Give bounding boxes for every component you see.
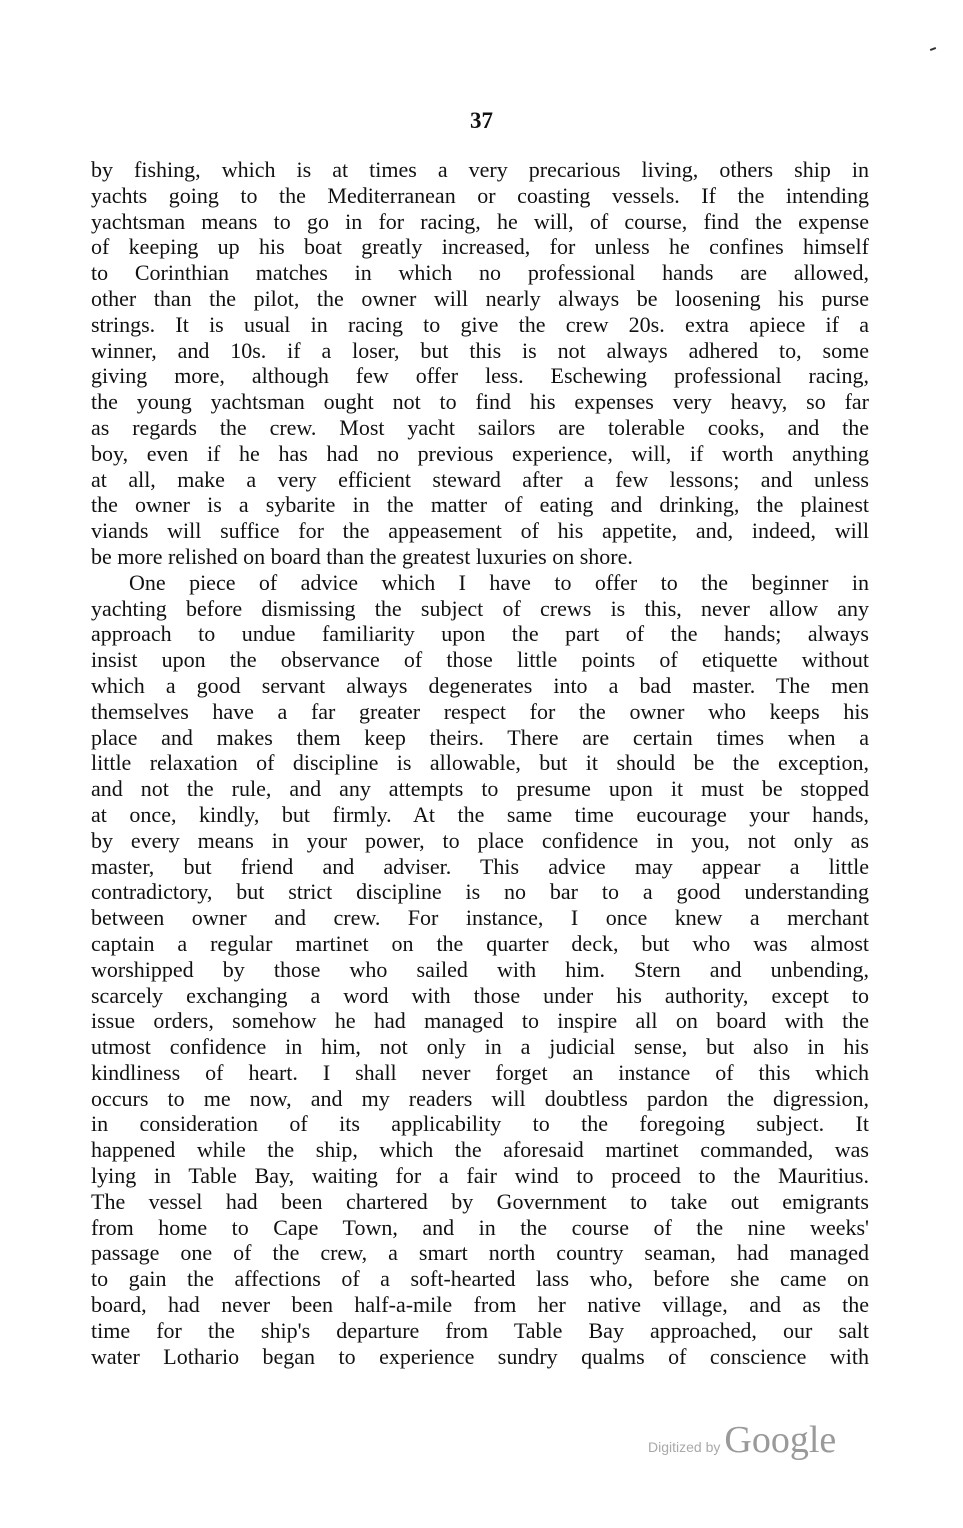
text-line: giving more, although few offer less. Es…: [91, 363, 869, 389]
text-line: occurs to me now, and my readers will do…: [91, 1086, 869, 1112]
text-line: contradictory, but strict discipline is …: [91, 879, 869, 905]
text-line: strings. It is usual in racing to give t…: [91, 312, 869, 338]
digitized-watermark: Digitized by Google: [648, 1418, 836, 1462]
text-line: little relaxation of discipline is allow…: [91, 750, 869, 776]
text-line: master, but friend and adviser. This adv…: [91, 854, 869, 880]
text-line: place and makes them keep theirs. There …: [91, 725, 869, 751]
text-line: kindliness of heart. I shall never forge…: [91, 1060, 869, 1086]
text-line: One piece of advice which I have to offe…: [91, 570, 869, 596]
text-line: in consideration of its applicability to…: [91, 1111, 869, 1137]
text-line: the owner is a sybarite in the matter of…: [91, 492, 869, 518]
text-line: to Corinthian matches in which no profes…: [91, 260, 869, 286]
text-line: water Lothario began to experience sundr…: [91, 1344, 869, 1370]
text-line: approach to undue familiarity upon the p…: [91, 621, 869, 647]
text-line: passage one of the crew, a smart north c…: [91, 1240, 869, 1266]
text-line: issue orders, somehow he had managed to …: [91, 1008, 869, 1034]
text-line: at once, kindly, but firmly. At the same…: [91, 802, 869, 828]
text-line: yachting before dismissing the subject o…: [91, 596, 869, 622]
watermark-prefix: Digitized by: [648, 1439, 720, 1455]
text-line: of keeping up his boat greatly increased…: [91, 234, 869, 260]
text-line: winner, and 10s. if a loser, but this is…: [91, 338, 869, 364]
text-line: at all, make a very efficient steward af…: [91, 467, 869, 493]
text-line: The vessel had been chartered by Governm…: [91, 1189, 869, 1215]
scan-mark: [930, 47, 936, 51]
text-line: from home to Cape Town, and in the cours…: [91, 1215, 869, 1241]
text-line: yachts going to the Mediterranean or coa…: [91, 183, 869, 209]
text-line: utmost confidence in him, not only in a …: [91, 1034, 869, 1060]
text-line: and not the rule, and any attempts to pr…: [91, 776, 869, 802]
text-line: viands will suffice for the appeasement …: [91, 518, 869, 544]
text-line: as regards the crew. Most yacht sailors …: [91, 415, 869, 441]
text-line: happened while the ship, which the afore…: [91, 1137, 869, 1163]
text-line: be more relished on board than the great…: [91, 544, 869, 570]
body-text: by fishing, which is at times a very pre…: [91, 157, 869, 1369]
text-line: time for the ship's departure from Table…: [91, 1318, 869, 1344]
text-line: board, had never been half-a-mile from h…: [91, 1292, 869, 1318]
text-line: boy, even if he has had no previous expe…: [91, 441, 869, 467]
text-line: scarcely exchanging a word with those un…: [91, 983, 869, 1009]
text-line: themselves have a far greater respect fo…: [91, 699, 869, 725]
text-line: yachtsman means to go in for racing, he …: [91, 209, 869, 235]
text-line: by every means in your power, to place c…: [91, 828, 869, 854]
text-line: other than the pilot, the owner will nea…: [91, 286, 869, 312]
text-line: lying in Table Bay, waiting for a fair w…: [91, 1163, 869, 1189]
text-line: between owner and crew. For instance, I …: [91, 905, 869, 931]
text-line: which a good servant always degenerates …: [91, 673, 869, 699]
text-line: worshipped by those who sailed with him.…: [91, 957, 869, 983]
google-logo: Google: [724, 1418, 836, 1462]
text-line: insist upon the observance of those litt…: [91, 647, 869, 673]
page-number: 37: [0, 108, 963, 134]
text-line: captain a regular martinet on the quarte…: [91, 931, 869, 957]
text-line: to gain the affections of a soft-hearted…: [91, 1266, 869, 1292]
text-line: the young yachtsman ought not to find hi…: [91, 389, 869, 415]
text-line: by fishing, which is at times a very pre…: [91, 157, 869, 183]
